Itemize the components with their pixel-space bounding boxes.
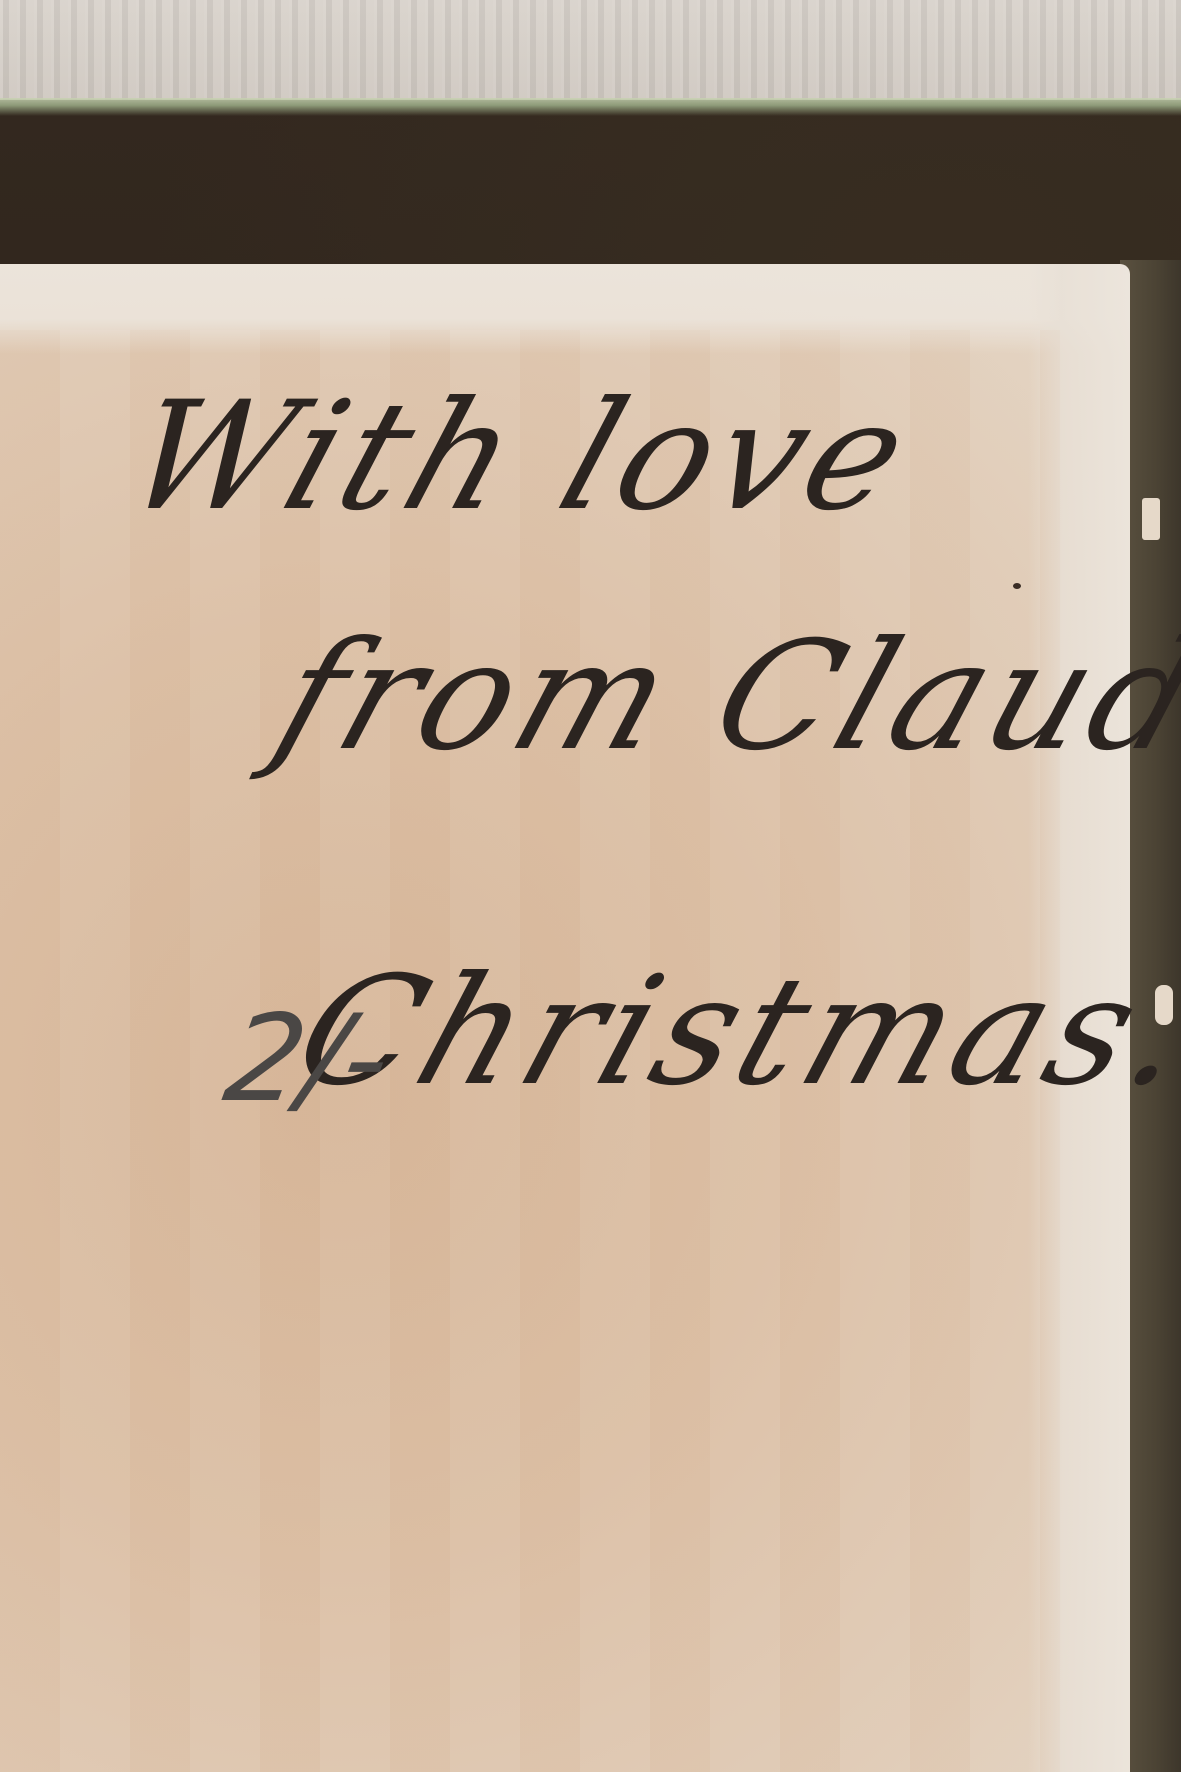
inscription-line-2: from Claud. — [257, 610, 1181, 784]
inscription-line-1: With love — [107, 370, 933, 544]
inscription-line-3: Christmas. 07. — [277, 945, 1181, 1119]
pencil-price-mark: 2/- — [216, 990, 401, 1129]
handwritten-inscription: With love from Claud. Christmas. 07. 2/- — [0, 0, 1181, 1772]
